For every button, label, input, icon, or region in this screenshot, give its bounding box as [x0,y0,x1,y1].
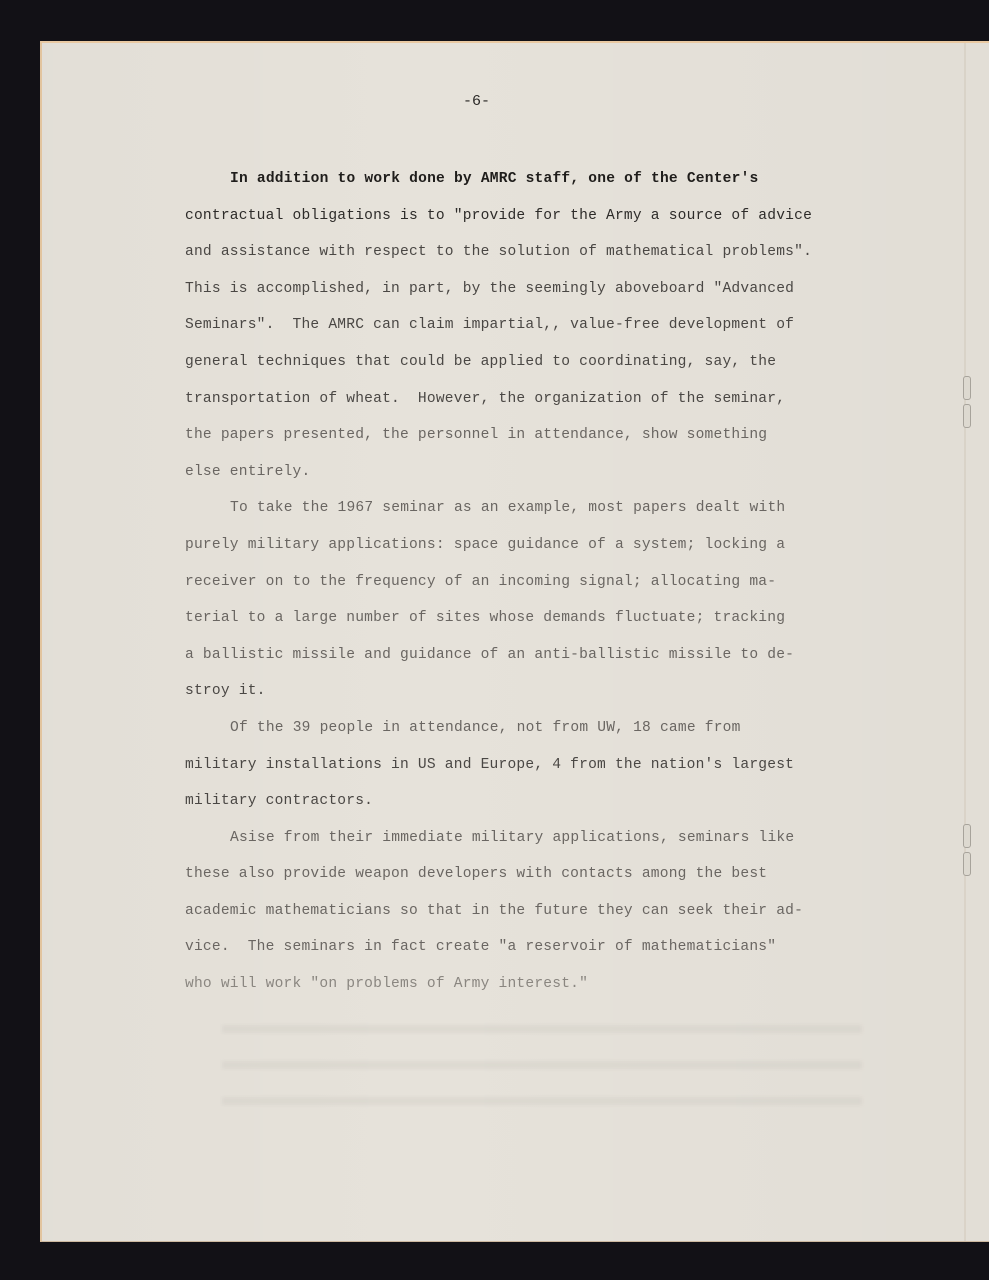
binding-staple-icon [963,824,971,848]
text-line: military contractors. [185,783,885,820]
page-gutter-edge [964,43,966,1241]
text-line: who will work "on problems of Army inter… [185,966,885,1003]
text-line: general techniques that could be applied… [185,344,885,381]
binding-staple-icon [963,404,971,428]
body-text: In addition to work done by AMRC staff, … [185,161,885,1003]
text-line: academic mathematicians so that in the f… [185,893,885,930]
text-line: In addition to work done by AMRC staff, … [185,161,885,198]
text-line: these also provide weapon developers wit… [185,856,885,893]
text-line: This is accomplished, in part, by the se… [185,271,885,308]
text-line: To take the 1967 seminar as an example, … [185,490,885,527]
text-line: else entirely. [185,454,885,491]
text-line: and assistance with respect to the solut… [185,234,885,271]
text-line: military installations in US and Europe,… [185,747,885,784]
text-line: stroy it. [185,673,885,710]
text-line: Asise from their immediate military appl… [185,820,885,857]
page-number: -6- [42,93,989,110]
ink-bleed-through [222,1003,862,1133]
binding-staple-icon [963,852,971,876]
text-line: purely military applications: space guid… [185,527,885,564]
text-line: the papers presented, the personnel in a… [185,417,885,454]
binding-staple-icon [963,376,971,400]
text-line: transportation of wheat. However, the or… [185,381,885,418]
text-line: Of the 39 people in attendance, not from… [185,710,885,747]
text-line: receiver on to the frequency of an incom… [185,564,885,601]
text-line: Seminars". The AMRC can claim impartial,… [185,307,885,344]
text-line: terial to a large number of sites whose … [185,600,885,637]
text-line: a ballistic missile and guidance of an a… [185,637,885,674]
text-line: contractual obligations is to "provide f… [185,198,885,235]
document-page: -6- In addition to work done by AMRC sta… [40,41,989,1242]
text-line: vice. The seminars in fact create "a res… [185,929,885,966]
